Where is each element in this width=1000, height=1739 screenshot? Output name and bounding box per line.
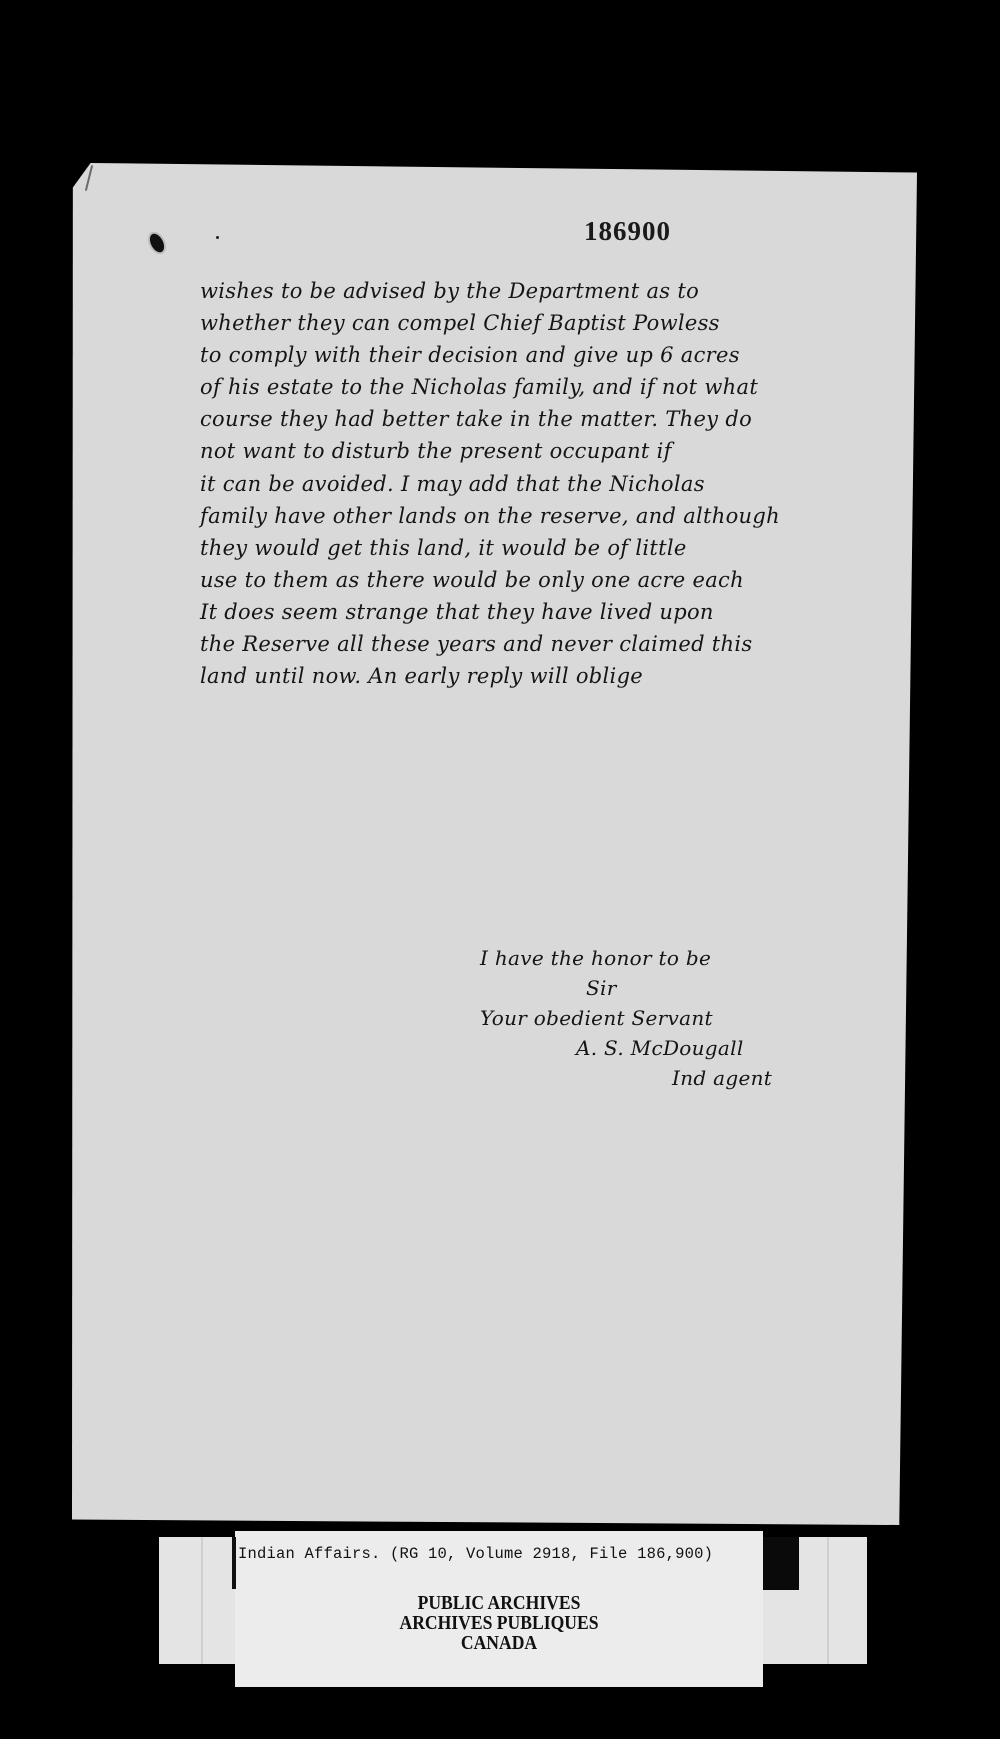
signature-title: Ind agent	[480, 1063, 860, 1093]
closing-sir: Sir	[480, 973, 860, 1003]
signature: A. S. McDougall	[480, 1033, 860, 1063]
label-edge-mark	[232, 1537, 236, 1589]
scanned-letter-page: 186900 wishes to be advised by the Depar…	[72, 163, 917, 1525]
label-tab	[763, 1537, 799, 1590]
label-crease	[827, 1537, 829, 1664]
body-line: family have other lands on the reserve, …	[200, 500, 900, 532]
body-line: not want to disturb the present occupant…	[200, 435, 900, 467]
body-line: whether they can compel Chief Baptist Po…	[200, 307, 900, 339]
letter-closing: I have the honor to be Sir Your obedient…	[480, 943, 860, 1093]
body-line: to comply with their decision and give u…	[200, 339, 900, 371]
punch-hole-icon	[147, 231, 167, 254]
document-viewer: 186900 wishes to be advised by the Depar…	[0, 0, 1000, 1739]
archive-stamp: PUBLIC ARCHIVES ARCHIVES PUBLIQUES CANAD…	[267, 1593, 732, 1653]
label-crease	[201, 1537, 203, 1664]
file-number-stamp: 186900	[584, 216, 671, 247]
stamp-line: CANADA	[267, 1633, 732, 1653]
letter-body: wishes to be advised by the Department a…	[200, 275, 900, 692]
paper-fold-mark	[85, 165, 93, 191]
body-line: it can be avoided. I may add that the Ni…	[200, 468, 900, 500]
body-line: of his estate to the Nicholas family, an…	[200, 371, 900, 403]
body-line: they would get this land, it would be of…	[200, 532, 900, 564]
stamp-line: ARCHIVES PUBLIQUES	[267, 1613, 732, 1633]
body-line: use to them as there would be only one a…	[200, 564, 900, 596]
body-line: It does seem strange that they have live…	[200, 596, 900, 628]
body-line: course they had better take in the matte…	[200, 403, 900, 435]
stamp-line: PUBLIC ARCHIVES	[267, 1593, 732, 1613]
archive-citation: Indian Affairs. (RG 10, Volume 2918, Fil…	[238, 1545, 713, 1563]
body-line: the Reserve all these years and never cl…	[200, 628, 900, 660]
body-line: wishes to be advised by the Department a…	[200, 275, 900, 307]
body-line: land until now. An early reply will obli…	[200, 660, 900, 692]
closing-servant: Your obedient Servant	[480, 1003, 860, 1033]
closing-salutation: I have the honor to be	[480, 943, 860, 973]
ink-speck	[216, 236, 219, 239]
